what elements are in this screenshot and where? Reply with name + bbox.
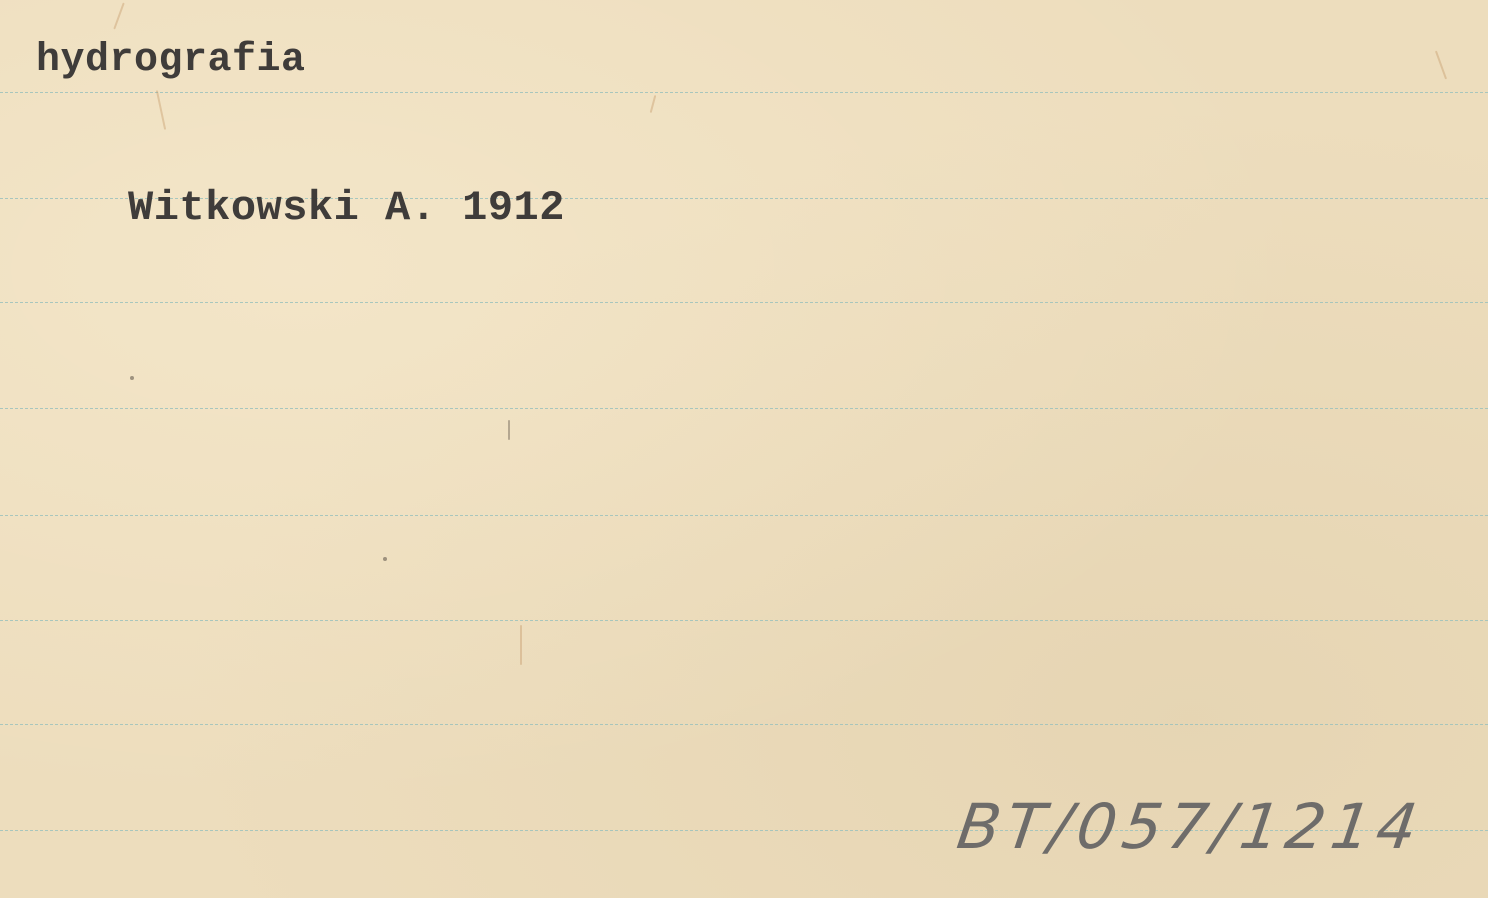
paper-speck (383, 557, 387, 561)
ruled-line (0, 724, 1488, 725)
paper-fiber (520, 625, 522, 665)
call-number: BT/057/1214 (953, 790, 1428, 863)
paper-fiber (650, 95, 657, 113)
author-year-entry: Witkowski A. 1912 (128, 184, 565, 232)
ruled-line (0, 302, 1488, 303)
ruled-line (0, 515, 1488, 516)
ruled-line (0, 92, 1488, 93)
ruled-line (0, 620, 1488, 621)
ruled-line (0, 408, 1488, 409)
paper-speck (130, 376, 134, 380)
paper-fiber (156, 90, 166, 130)
catalog-card: hydrografia Witkowski A. 1912 BT/057/121… (0, 0, 1488, 898)
paper-fiber (113, 3, 124, 30)
paper-fiber (1435, 51, 1447, 80)
subject-heading: hydrografia (36, 38, 306, 83)
paper-fiber (508, 420, 510, 440)
